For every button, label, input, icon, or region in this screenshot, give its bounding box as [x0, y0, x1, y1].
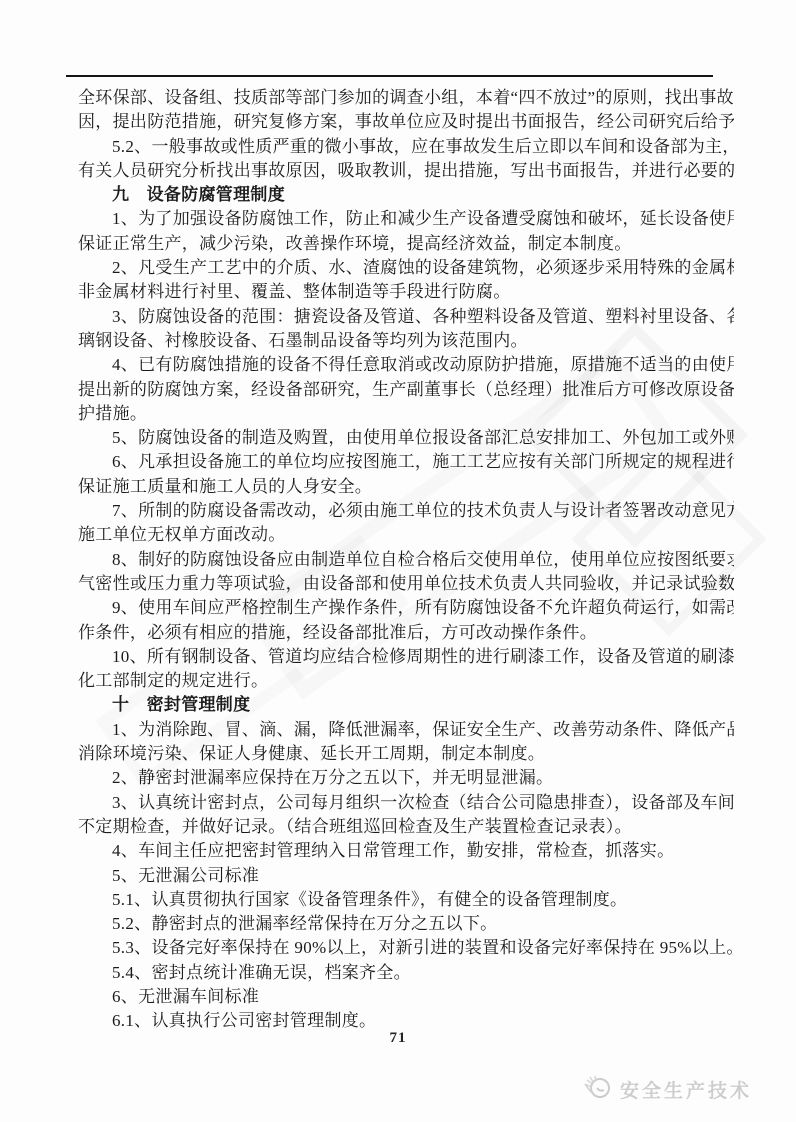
document-page: 全环保部、设备组、技质部等部门参加的调查小组，本着“四不放过”的原则，找出事故原… — [0, 0, 796, 1122]
text-line: 璃钢设备、衬橡胶设备、石墨制品设备等均列为该范围内。 — [78, 329, 734, 353]
text-line: 提出新的防腐蚀方案，经设备部研究，生产副董事长（总经理）批准后方可修改原设备的防 — [78, 378, 734, 402]
text-line: 2、静密封泄漏率应保持在万分之五以下，并无明显泄漏。 — [78, 766, 734, 790]
text-line: 作条件，必须有相应的措施，经设备部批准后，方可改动操作条件。 — [78, 621, 734, 645]
text-line: 3、防腐蚀设备的范围：搪瓷设备及管道、各种塑料设备及管道、塑料衬里设备、各种玻 — [78, 305, 734, 329]
text-line: 5.2、一般事故或性质严重的微小事故，应在事故发生后立即以车间和设备部为主，组织 — [78, 135, 734, 159]
text-line: 气密性或压力重力等项试验，由设备部和使用单位技术负责人共同验收，并记录试验数据。 — [78, 572, 734, 596]
brand-watermark: 安全生产技术 — [583, 1074, 752, 1105]
bird-logo-icon — [583, 1074, 613, 1105]
text-line: 5.2、静密封点的泄漏率经常保持在万分之五以下。 — [78, 912, 734, 936]
text-line: 护措施。 — [78, 402, 734, 426]
text-line: 有关人员研究分析找出事故原因，吸取教训，提出措施，写出书面报告，并进行必要的处理… — [78, 159, 734, 183]
text-line: 6、凡承担设备施工的单位均应按图施工，施工工艺应按有关部门所规定的规程进行，以 — [78, 450, 734, 474]
header-rule — [66, 75, 713, 77]
text-line: 9、使用车间应严格控制生产操作条件，所有防腐蚀设备不允许超负荷运行，如需改变操 — [78, 596, 734, 620]
text-line: 全环保部、设备组、技质部等部门参加的调查小组，本着“四不放过”的原则，找出事故原 — [78, 86, 734, 110]
text-line: 6、无泄漏车间标准 — [78, 985, 734, 1009]
text-line: 非金属材料进行衬里、覆盖、整体制造等手段进行防腐。 — [78, 280, 734, 304]
text-line: 保证正常生产，减少污染，改善操作环境，提高经济效益，制定本制度。 — [78, 232, 734, 256]
text-line: 化工部制定的规定进行。 — [78, 669, 734, 693]
text-line: 5.4、密封点统计准确无误，档案齐全。 — [78, 961, 734, 985]
text-line: 5、无泄漏公司标准 — [78, 864, 734, 888]
text-line: 4、已有防腐蚀措施的设备不得任意取消或改动原防护措施，原措施不适当的由使用单位 — [78, 353, 734, 377]
brand-text: 安全生产技术 — [620, 1076, 752, 1103]
text-line: 7、所制的防腐设备需改动，必须由施工单位的技术负责人与设计者签署改动意见方可， — [78, 499, 734, 523]
text-line: 因，提出防范措施，研究复修方案，事故单位应及时提出书面报告，经公司研究后给予处理… — [78, 110, 734, 134]
text-line: 10、所有钢制设备、管道均应结合检修周期性的进行刷漆工作，设备及管道的刷漆应按 — [78, 645, 734, 669]
text-line: 消除环境污染、保证人身健康、延长开工周期，制定本制度。 — [78, 742, 734, 766]
document-body: 全环保部、设备组、技质部等部门参加的调查小组，本着“四不放过”的原则，找出事故原… — [78, 86, 734, 1034]
text-line: 5、防腐蚀设备的制造及购置，由使用单位报设备部汇总安排加工、外包加工或外购。 — [78, 426, 734, 450]
section-heading: 十 密封管理制度 — [78, 693, 734, 717]
text-line: 1、为了加强设备防腐蚀工作，防止和减少生产设备遭受腐蚀和破坏，延长设备使用寿命， — [78, 207, 734, 231]
section-heading: 九 设备防腐管理制度 — [78, 183, 734, 207]
page-number: 71 — [0, 1030, 796, 1047]
text-line: 5.3、设备完好率保持在 90%以上，对新引进的装置和设备完好率保持在 95%以… — [78, 936, 734, 960]
text-line: 1、为消除跑、冒、滴、漏，降低泄漏率，保证安全生产、改善劳动条件、降低产品消耗、 — [78, 718, 734, 742]
text-line: 3、认真统计密封点，公司每月组织一次检查（结合公司隐患排查），设备部及车间组织 — [78, 791, 734, 815]
text-line: 施工单位无权单方面改动。 — [78, 523, 734, 547]
text-line: 不定期检查，并做好记录。（结合班组巡回检查及生产装置检查记录表）。 — [78, 815, 734, 839]
text-line: 保证施工质量和施工人员的人身安全。 — [78, 475, 734, 499]
text-line: 8、制好的防腐蚀设备应由制造单位自检合格后交使用单位，使用单位应按图纸要求进行 — [78, 548, 734, 572]
text-line: 2、凡受生产工艺中的介质、水、渣腐蚀的设备建筑物，必须逐步采用特殊的金属材料、 — [78, 256, 734, 280]
text-line: 4、车间主任应把密封管理纳入日常管理工作，勤安排，常检查，抓落实。 — [78, 839, 734, 863]
text-line: 5.1、认真贯彻执行国家《设备管理条件》，有健全的设备管理制度。 — [78, 888, 734, 912]
